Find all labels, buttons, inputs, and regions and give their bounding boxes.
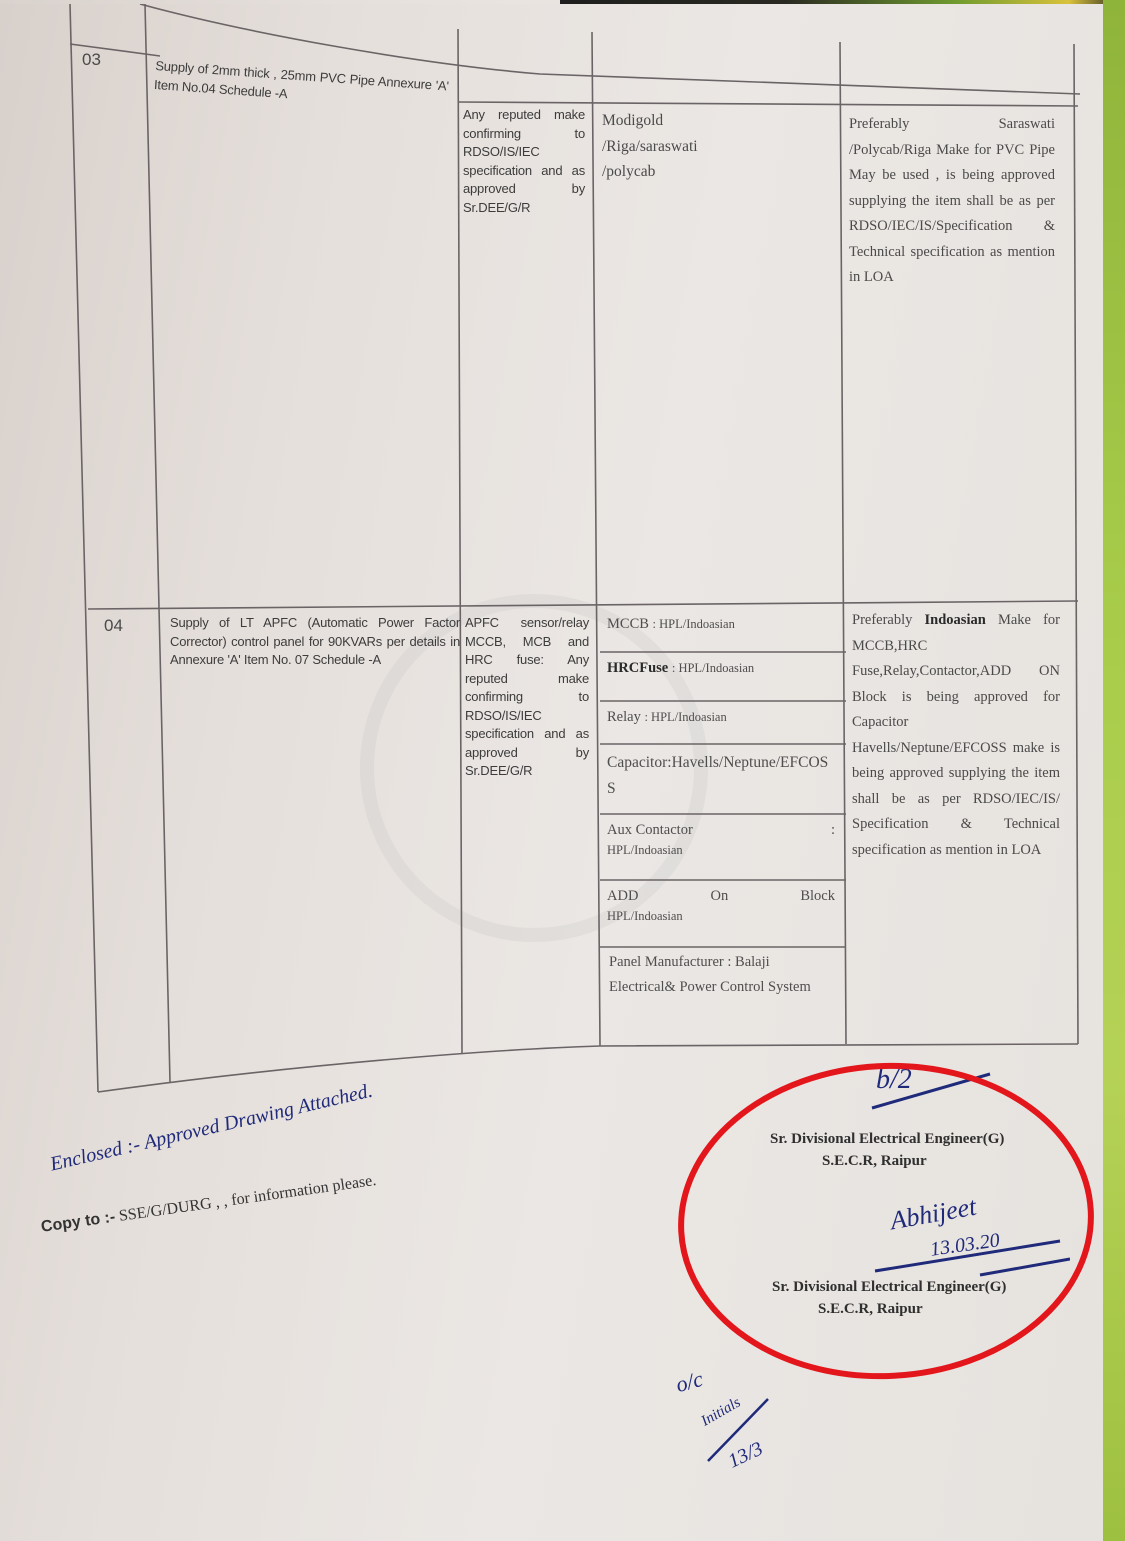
remarks-bold: Indoasian [925,612,986,628]
copy-to-text: SSE/G/DURG , , for information please. [118,1172,377,1225]
make-label: HRCFuse [607,660,668,676]
make-label: MCCB [607,616,649,632]
make-mccb: MCCB : HPL/Indoasian [607,613,835,636]
highlight-ellipse [672,1059,1100,1384]
make-label: ADD On Block [607,885,835,908]
make-label-row: Aux Contactor: [607,819,835,842]
make-label: Panel Manufacturer [609,954,724,970]
make-label: Capacitor [607,754,667,771]
copy-to-label: Copy to :- [40,1209,116,1236]
document-page: 03 Supply of 2mm thick , 25mm PVC Pipe A… [0,4,1103,1541]
make-value: : HPL/Indoasian [672,661,754,675]
make-label: Relay [607,709,641,725]
make-line: Modigold [602,108,832,134]
make-capacitor: Capacitor:Havells/Neptune/EFCOSS [607,750,835,802]
make-panel-manufacturer: Panel Manufacturer : Balaji Electrical& … [609,950,837,1000]
remarks-prefix: Preferably [852,612,912,628]
make-add-on-block: ADD On Block HPL/Indoasian [607,885,835,924]
make-value: : HPL/Indoasian [644,710,726,724]
remarks-text: Make for MCCB,HRC Fuse,Relay,Contactor,A… [852,612,1060,858]
make-line: /Riga/saraswati [602,134,832,160]
make-value: : HPL/Indoasian [653,617,735,631]
make-aux-contactor: Aux Contactor: HPL/Indoasian [607,819,835,858]
row-03-sno: 03 [82,50,101,69]
make-line: /polycab [602,159,832,185]
row-03-remarks: Preferably Saraswati /Polycab/Riga Make … [849,112,1055,291]
make-relay: Relay : HPL/Indoasian [607,706,835,729]
row-03-proposed-makes: Modigold /Riga/saraswati /polycab [602,108,832,185]
row-04-sno: 04 [104,616,123,635]
make-hrc-fuse: HRCFuse : HPL/Indoasian [607,657,835,680]
row-03-make-criteria: Any reputed make confirming to RDSO/IS/I… [463,106,585,217]
colon: : [831,819,835,842]
make-value: HPL/Indoasian [607,842,835,858]
background-wall [1103,0,1125,1541]
row-04-make-criteria: APFC sensor/relay MCCB, MCB and HRC fuse… [465,614,589,781]
make-label: Aux Contactor [607,819,693,842]
row-04-remarks: Preferably Indoasian Make for MCCB,HRC F… [852,608,1060,863]
copy-to-line: Copy to :- SSE/G/DURG , , for informatio… [40,1172,377,1237]
row-04-description: Supply of LT APFC (Automatic Power Facto… [170,614,460,670]
make-value: HPL/Indoasian [607,908,835,924]
